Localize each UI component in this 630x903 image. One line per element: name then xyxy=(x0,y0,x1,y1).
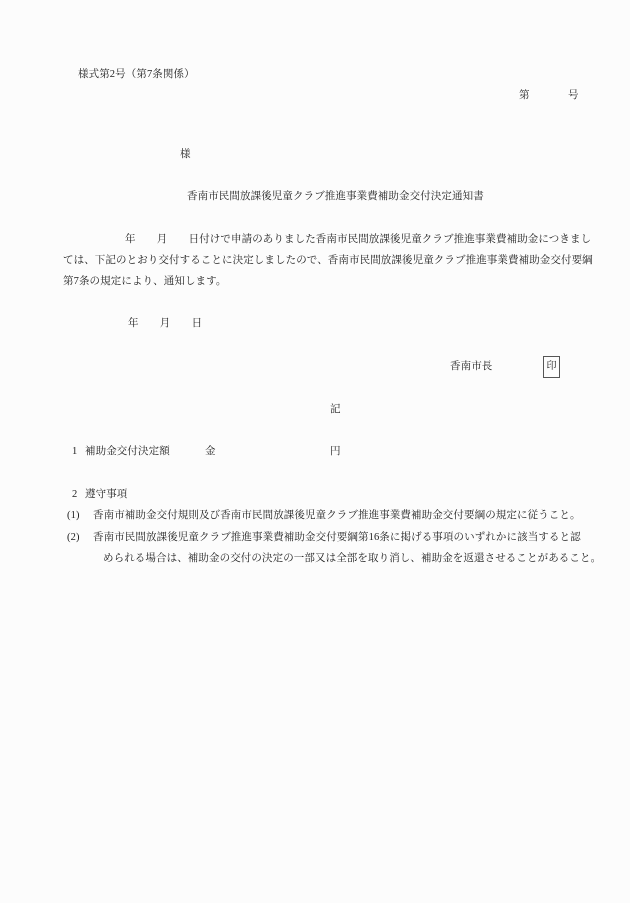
decision-amount-suffix: 円 xyxy=(330,445,341,459)
compliance-subitem-2-text-line-1: 香南市民間放課後児童クラブ推進事業費補助金交付要綱第16条に掲げる事項のいずれか… xyxy=(93,531,581,545)
doc-number-prefix: 第 xyxy=(519,89,530,103)
compliance-item-label: 遵守事項 xyxy=(85,488,127,502)
compliance-subitem-2-marker: (2) xyxy=(67,531,80,545)
body-paragraph-line-3: 第7条の規定により、通知します。 xyxy=(63,275,227,289)
body-paragraph-line-1: 年 月 日付けで申請のありました香南市民間放課後児童クラブ推進事業費補助金につき… xyxy=(125,233,591,247)
decision-amount-prefix: 金 xyxy=(205,445,216,459)
doc-number-suffix: 号 xyxy=(568,89,579,103)
compliance-item-number: 2 xyxy=(72,488,77,502)
seal-mark: 印 xyxy=(547,362,557,372)
form-number: 様式第2号（第7条関係） xyxy=(78,68,195,82)
issuer-name: 香南市長 xyxy=(450,360,492,374)
compliance-subitem-1-marker: (1) xyxy=(67,509,80,523)
addressee-honorific: 様 xyxy=(180,148,191,162)
decision-item-label: 補助金交付決定額 xyxy=(85,445,170,459)
document-page: 様式第2号（第7条関係） 第 号 様 香南市民間放課後児童クラブ推進事業費補助金… xyxy=(0,0,630,903)
compliance-subitem-1-text: 香南市補助金交付規則及び香南市民間放課後児童クラブ推進事業費補助金交付要綱の規定… xyxy=(93,509,581,523)
decision-item-number: 1 xyxy=(72,445,77,459)
record-marker: 記 xyxy=(330,403,341,417)
page-title: 香南市民間放課後児童クラブ推進事業費補助金交付決定通知書 xyxy=(187,190,484,204)
issue-date-line: 年 月 日 xyxy=(128,317,202,331)
compliance-subitem-2-text-line-2: められる場合は、補助金の交付の決定の一部又は全部を取り消し、補助金を返還させるこ… xyxy=(103,552,601,566)
seal-placeholder-box: 印 xyxy=(543,356,560,378)
body-paragraph-line-2: ては、下記のとおり交付することに決定しましたので、香南市民間放課後児童クラブ推進… xyxy=(63,254,593,268)
